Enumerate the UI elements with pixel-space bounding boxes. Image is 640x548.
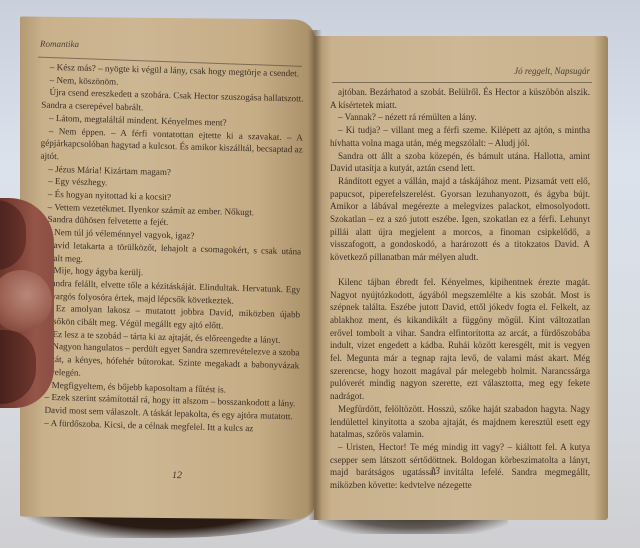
paragraph: – Nagyon hangulatos – perdült egyet Sand… — [37, 340, 300, 385]
paragraph: Rándított egyet a vállán, majd a táskájá… — [330, 175, 590, 264]
right-page-number: 13 — [430, 466, 440, 477]
paragraph: – Ki tudja? – villant meg a férfi szeme.… — [330, 124, 590, 149]
paragraph: Megfürdött, felöltözött. Hosszú, szőke h… — [330, 403, 590, 441]
left-running-head: Romantika — [40, 39, 79, 49]
left-page-body-text: – Kész más? – nyögte ki végül a lány, cs… — [36, 61, 304, 436]
left-page-number: 12 — [172, 470, 182, 481]
paragraph: Sandra ott állt a szoba közepén, és bámu… — [330, 150, 590, 175]
paragraph: – Vannak? – nézett rá rémülten a lány. — [330, 111, 590, 124]
left-page: Romantika – Kész más? – nyögte ki végül … — [20, 16, 316, 519]
right-running-head: Jó reggelt, Napsugár — [514, 66, 590, 76]
book-photo-scene: Romantika – Kész más? – nyögte ki végül … — [0, 0, 640, 548]
paragraph: Kilenc tájban ébredt fel. Kényelmes, kip… — [330, 276, 590, 403]
book-spine-gutter — [308, 30, 322, 520]
right-page: Jó reggelt, Napsugár ajtóban. Bezárhatod… — [314, 36, 608, 520]
right-page-body-text: ajtóban. Bezárhatod a szobát. Belülről. … — [330, 86, 590, 492]
right-header-rule — [332, 82, 592, 83]
paragraph: – Uristen, Hector! Te még mindig itt vag… — [330, 441, 590, 492]
paragraph: ajtóban. Bezárhatod a szobát. Belülről. … — [330, 86, 590, 111]
